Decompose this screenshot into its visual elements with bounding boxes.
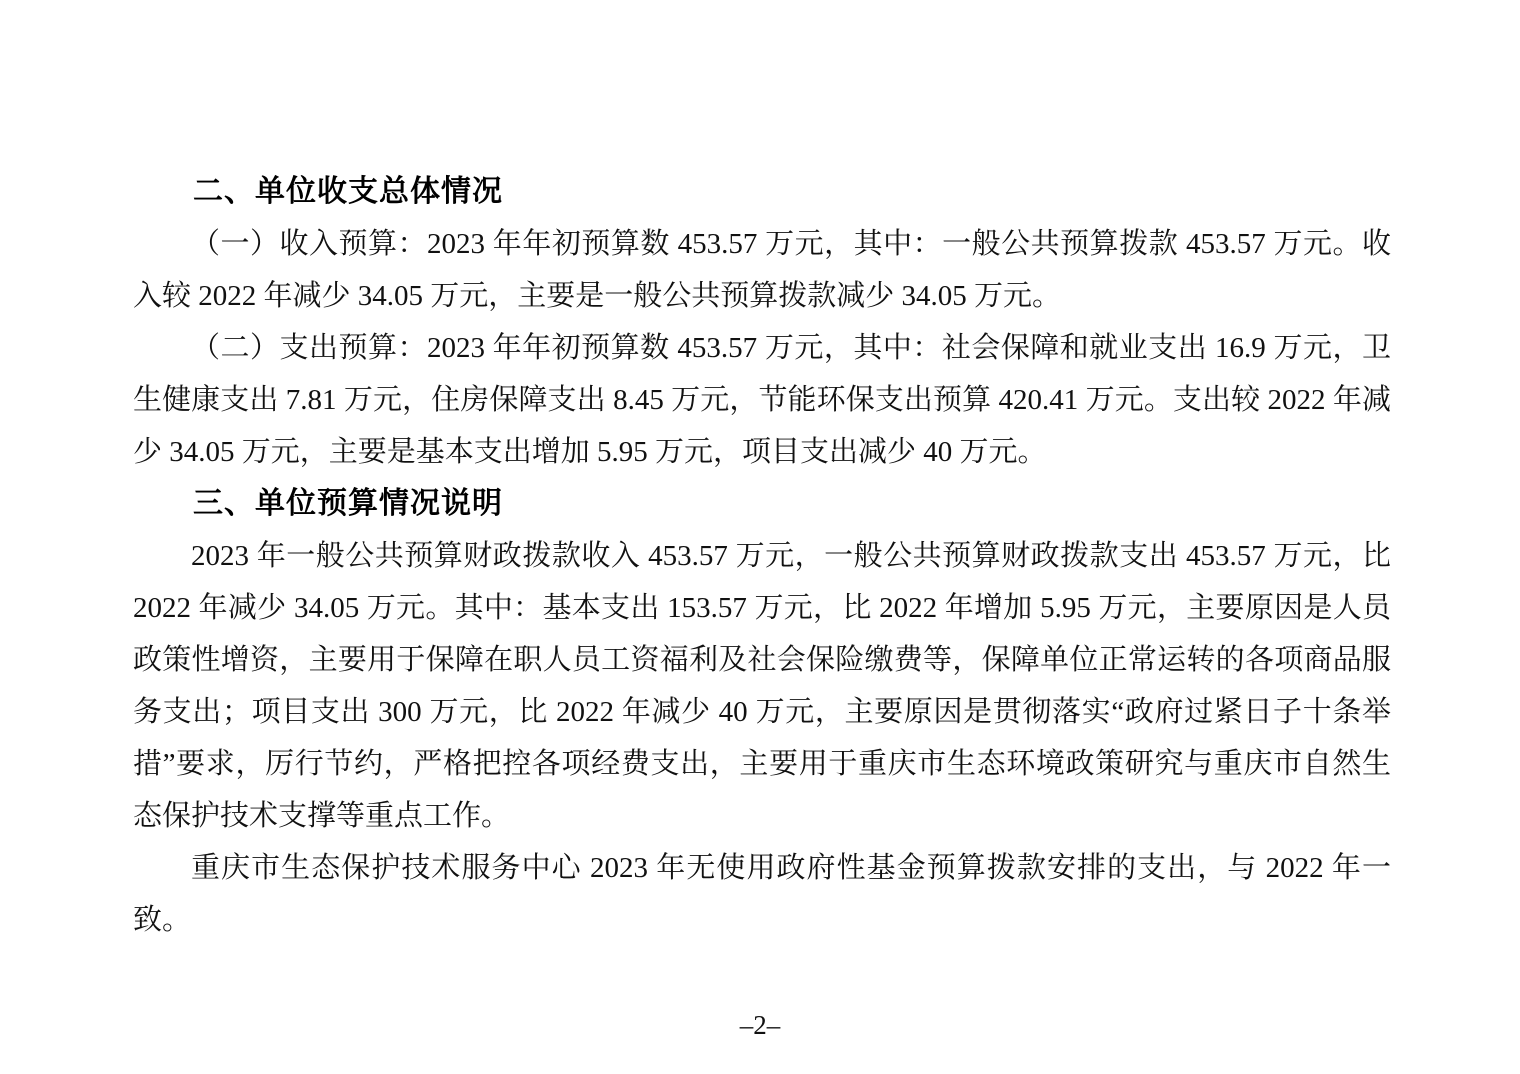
paragraph-budget-explanation: 2023 年一般公共预算财政拨款收入 453.57 万元，一般公共预算财政拨款支… — [133, 530, 1391, 842]
section-heading-unit-revenue-expenditure-overview: 二、单位收支总体情况 — [133, 166, 1391, 218]
paragraph-government-fund-statement: 重庆市生态保护技术服务中心 2023 年无使用政府性基金预算拨款安排的支出，与 … — [133, 842, 1391, 946]
document-body: 二、单位收支总体情况 （一）收入预算：2023 年年初预算数 453.57 万元… — [133, 166, 1391, 946]
paragraph-income-budget: （一）收入预算：2023 年年初预算数 453.57 万元，其中：一般公共预算拨… — [133, 218, 1391, 322]
document-page: 二、单位收支总体情况 （一）收入预算：2023 年年初预算数 453.57 万元… — [0, 0, 1520, 1074]
section-heading-unit-budget-explanation: 三、单位预算情况说明 — [133, 478, 1391, 530]
paragraph-expenditure-budget: （二）支出预算：2023 年年初预算数 453.57 万元，其中：社会保障和就业… — [133, 322, 1391, 478]
page-number: –2– — [0, 1010, 1520, 1040]
